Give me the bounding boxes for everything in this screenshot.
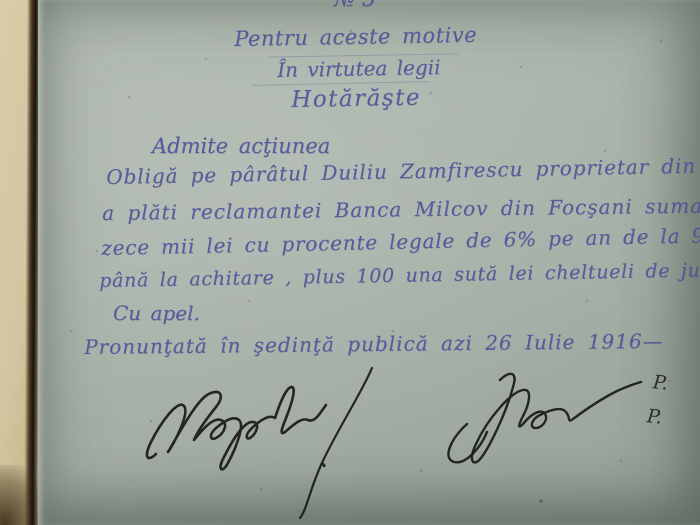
signature-annotation-bottom: P. [646, 405, 663, 428]
left-signature [128, 366, 390, 524]
body-line-1: Admite acţiunea [152, 134, 330, 158]
paper-texture [0, 0, 2, 2]
heading-line-1: Pentru aceste motive [234, 23, 477, 51]
right-signature [423, 366, 678, 478]
body-line-6: Cu apel. [113, 301, 200, 325]
heading-line-3: Hotărăşte [291, 85, 421, 113]
document-photo: № 5 Pentru aceste motive În virtutea leg… [0, 0, 700, 525]
page-number-mark: № 5 [334, 0, 376, 12]
signature-annotation-top: P. [652, 371, 669, 394]
heading-line-2: În virtutea legii [277, 55, 441, 82]
